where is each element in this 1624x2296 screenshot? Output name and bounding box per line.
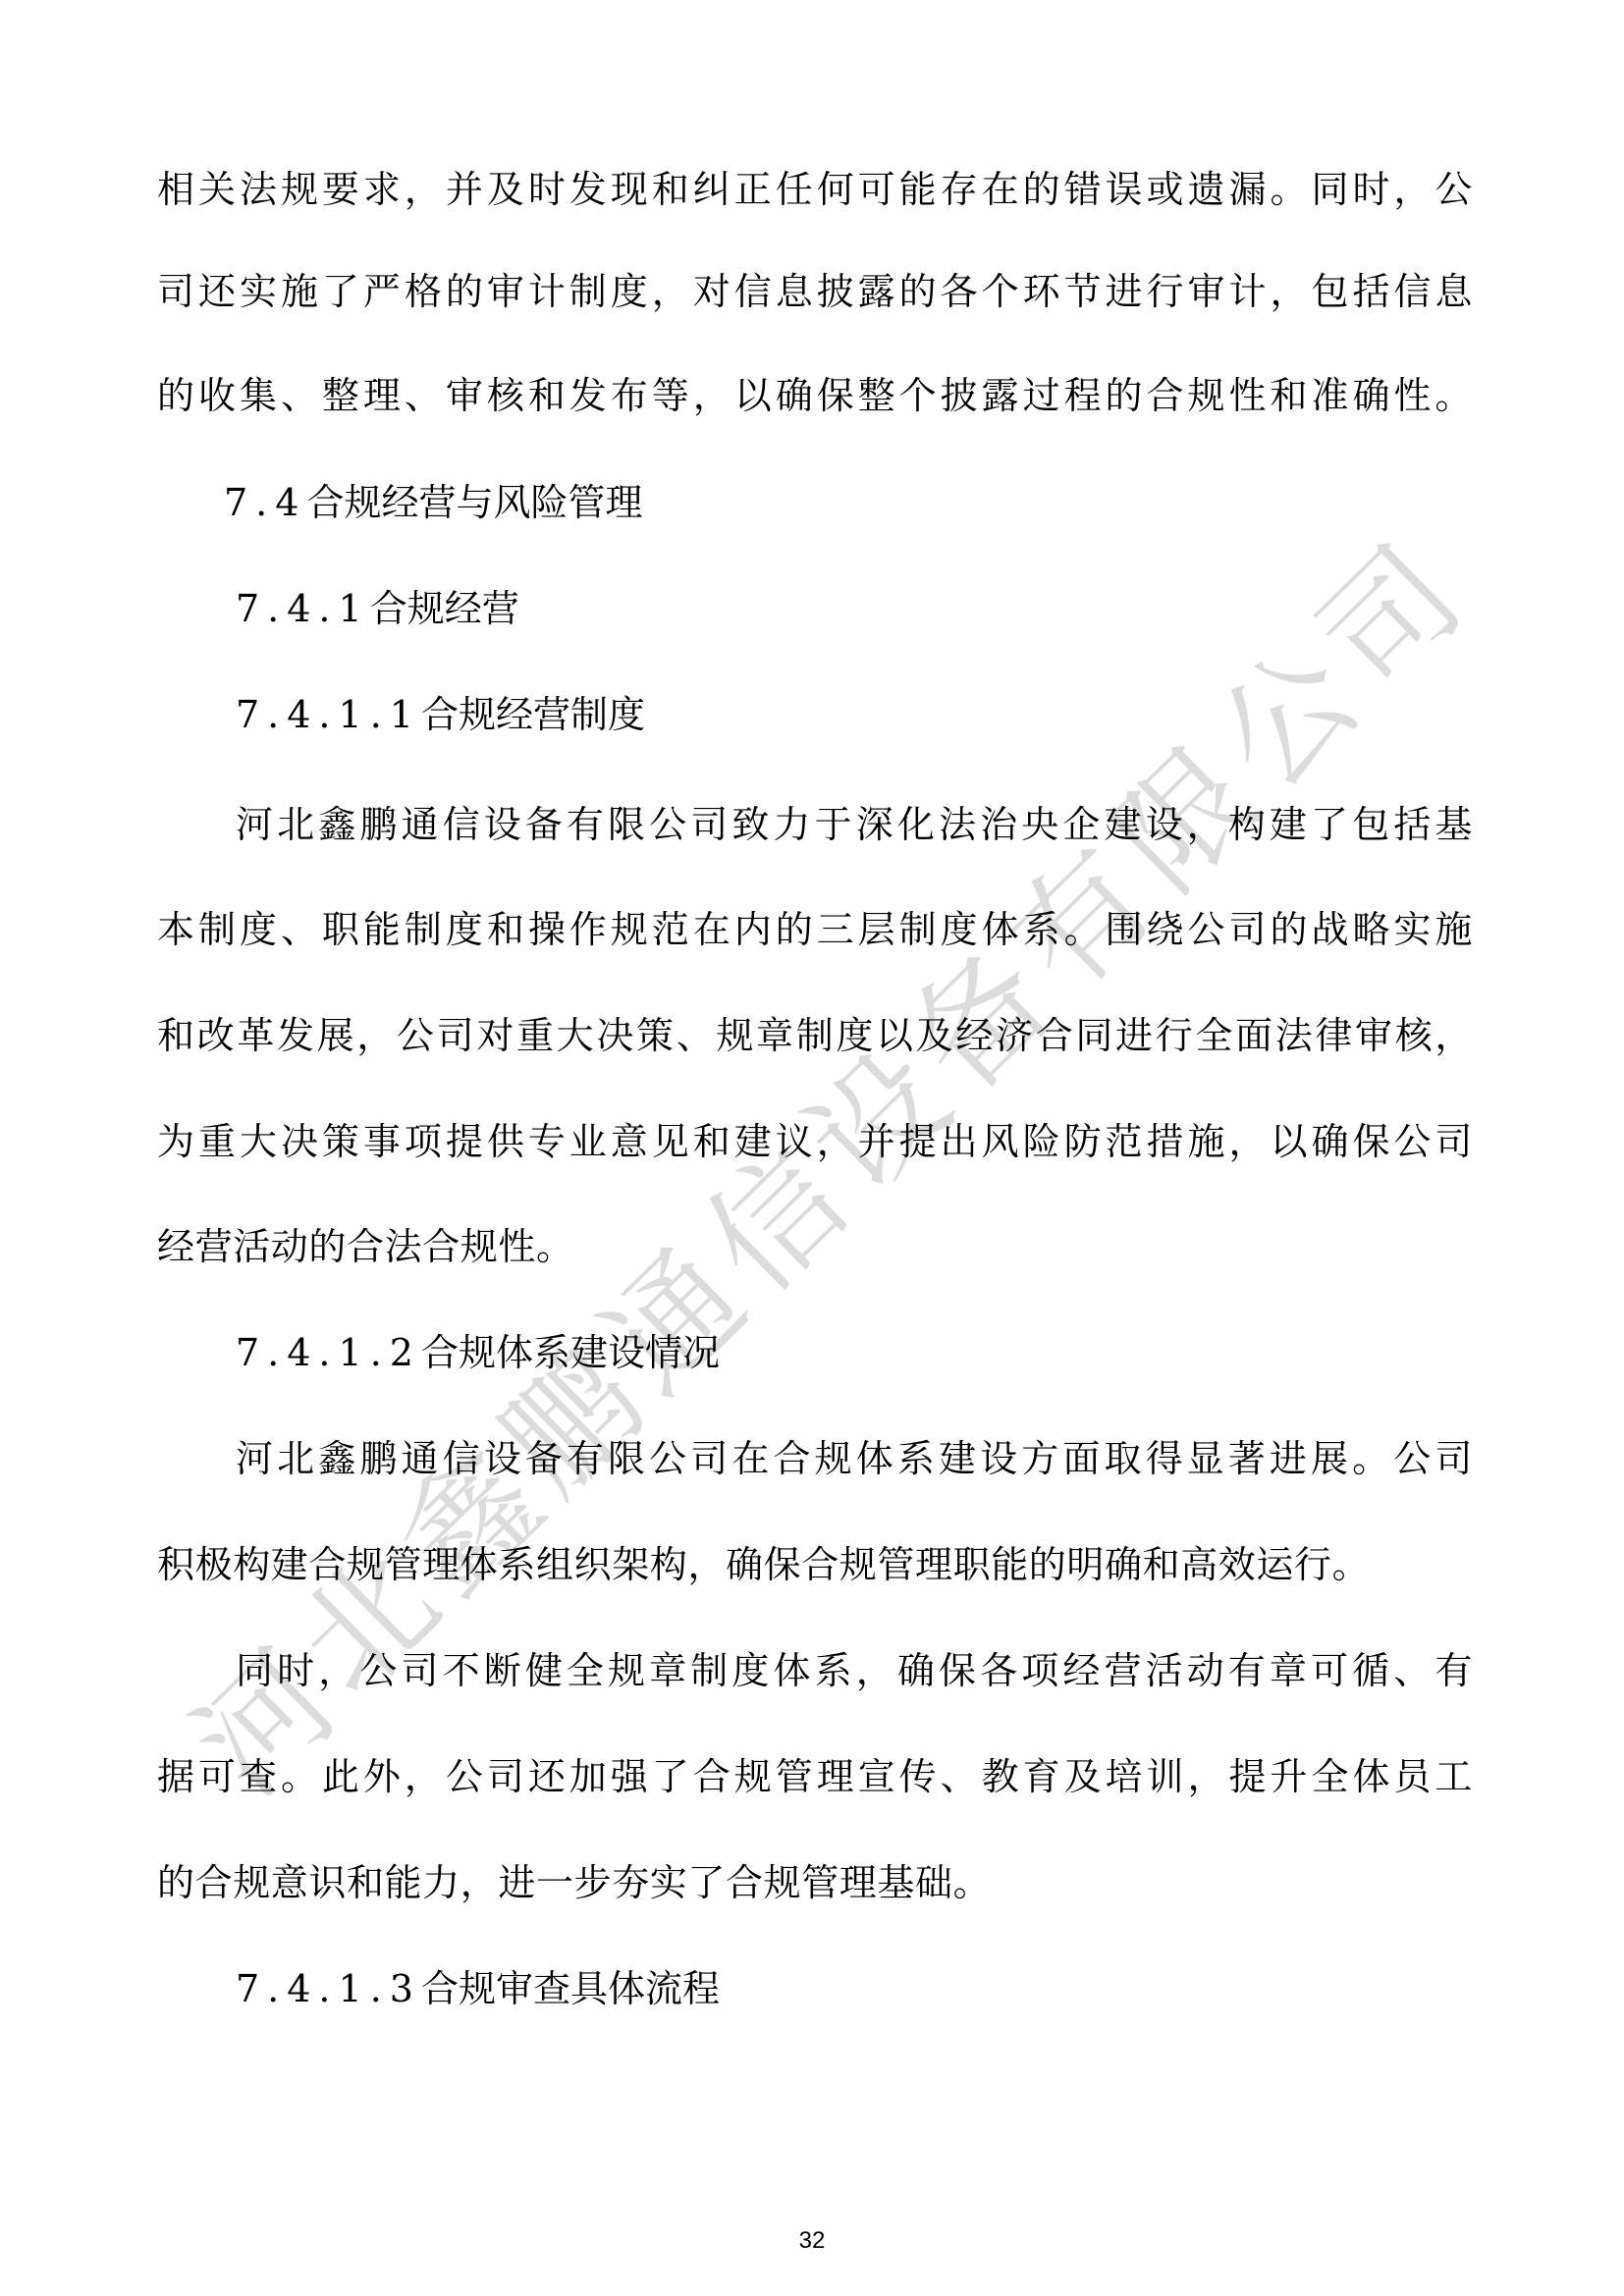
- section-number: 7.4.1.3: [236, 1967, 421, 2010]
- paragraph-line: 的收集、整理、审核和发布等，以确保整个披露过程的合规性和准确性。: [157, 343, 1473, 449]
- paragraph-line-last: 经营活动的合法合规性。: [157, 1194, 1473, 1300]
- section-heading-7-4: 7.4合规经营与风险管理: [224, 450, 642, 556]
- page-number: 32: [0, 2223, 1624, 2259]
- section-heading-7-4-1-3: 7.4.1.3合规审查具体流程: [236, 1936, 720, 2042]
- section-heading-7-4-1: 7.4.1合规经营: [236, 556, 519, 662]
- paragraph-line-first: 河北鑫鹏通信设备有限公司致力于深化法治央企建设，构建了包括基: [236, 772, 1473, 878]
- paragraph-line: 为重大决策事项提供专业意见和建议，并提出风险防范措施，以确保公司: [157, 1089, 1473, 1195]
- paragraph-line: 相关法规要求，并及时发现和纠正任何可能存在的错误或遗漏。同时，公: [157, 136, 1473, 242]
- paragraph-line-last: 积极构建合规管理体系组织架构，确保合规管理职能的明确和高效运行。: [157, 1512, 1473, 1618]
- section-number: 7.4: [224, 481, 306, 524]
- section-title: 合规经营制度: [421, 693, 645, 736]
- section-number: 7.4.1.1: [236, 693, 421, 736]
- section-number: 7.4.1: [236, 587, 370, 630]
- paragraph-line-last: 的合规意识和能力，进一步夯实了合规管理基础。: [157, 1830, 1473, 1936]
- section-heading-7-4-1-1: 7.4.1.1合规经营制度: [236, 662, 645, 768]
- paragraph-line-first: 河北鑫鹏通信设备有限公司在合规体系建设方面取得显著进展。公司: [236, 1406, 1473, 1512]
- section-title: 合规经营与风险管理: [306, 481, 642, 524]
- paragraph-line: 据可查。此外，公司还加强了合规管理宣传、教育及培训，提升全体员工: [157, 1724, 1473, 1830]
- paragraph-line: 司还实施了严格的审计制度，对信息披露的各个环节进行审计，包括信息: [157, 239, 1473, 345]
- section-title: 合规体系建设情况: [421, 1331, 720, 1374]
- section-title: 合规经营: [370, 587, 519, 630]
- paragraph-line-first: 同时，公司不断健全规章制度体系，确保各项经营活动有章可循、有: [236, 1618, 1473, 1724]
- paragraph-line: 本制度、职能制度和操作规范在内的三层制度体系。围绕公司的战略实施: [157, 877, 1473, 983]
- section-number: 7.4.1.2: [236, 1331, 421, 1374]
- document-page: 河北鑫鹏通信设备有限公司 相关法规要求，并及时发现和纠正任何可能存在的错误或遗漏…: [0, 0, 1624, 2296]
- section-heading-7-4-1-2: 7.4.1.2合规体系建设情况: [236, 1300, 720, 1406]
- paragraph-line: 和改革发展，公司对重大决策、规章制度以及经济合同进行全面法律审核，: [157, 983, 1473, 1089]
- section-title: 合规审查具体流程: [421, 1967, 720, 2010]
